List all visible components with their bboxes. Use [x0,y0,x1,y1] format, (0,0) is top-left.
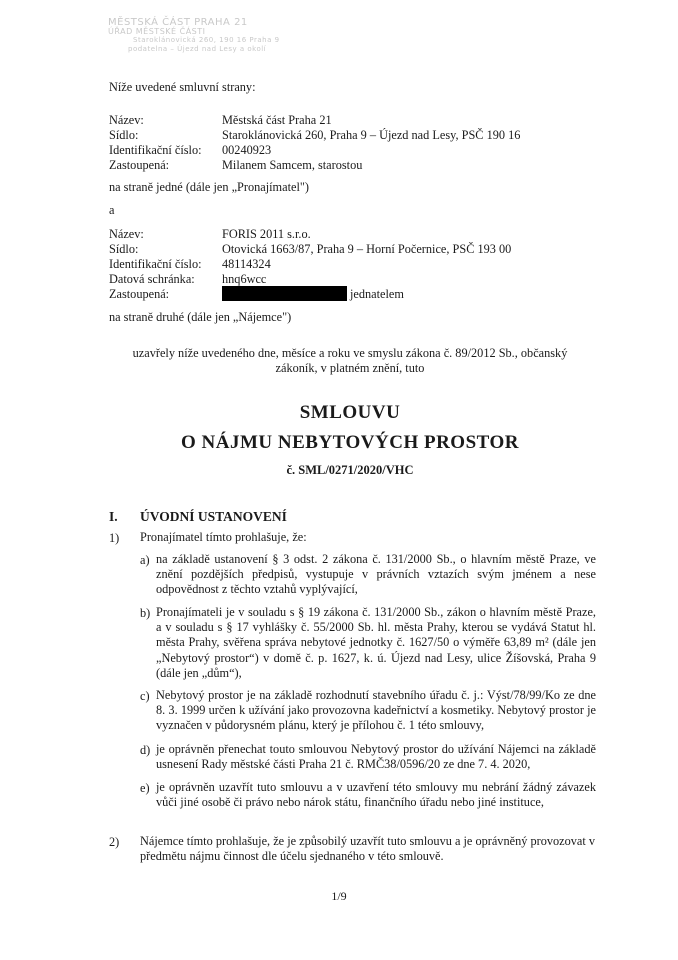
party-1-name-label: Název: [109,113,144,127]
list-item-text: Pronajímateli je v souladu s § 19 zákona… [156,605,596,681]
party-2-name: FORIS 2011 s.r.o. [222,227,311,241]
office-stamp: MĚSTSKÁ ČÁST PRAHA 21 ÚŘAD MĚSTSKÉ ČÁSTI… [28,18,198,74]
section-heading: ÚVODNÍ USTANOVENÍ [140,509,287,525]
document-title: SMLOUVU [100,402,600,424]
contract-number: č. SML/0271/2020/VHC [100,463,600,477]
stamp-line: MĚSTSKÁ ČÁST PRAHA 21 [28,18,198,27]
redaction-bar [222,286,347,301]
party-2-rep: jednatelem [350,287,404,301]
section-number: I. [109,509,118,525]
stamp-line: podatelna – Újezd nad Lesy a okolí [28,45,198,54]
party-1-seat-label: Sídlo: [109,128,138,142]
intro-text: Níže uvedené smluvní strany: [109,80,256,94]
party-1-rep: Milanem Samcem, starostou [222,158,362,172]
stamp-line: Staroklánovická 260, 190 16 Praha 9 [28,36,198,45]
list-item-letter: d) [140,743,150,758]
preamble-line-1: uzavřely níže uvedeného dne, měsíce a ro… [100,346,600,360]
party-2-rep-label: Zastoupená: [109,287,169,301]
list-item-text: je oprávněn uzavřít tuto smlouvu a v uza… [156,780,596,810]
party-1-seat: Staroklánovická 260, Praha 9 – Újezd nad… [222,128,520,142]
party-2-seat: Otovická 1663/87, Praha 9 – Horní Počern… [222,242,511,256]
list-item-text: je oprávněn přenechat touto smlouvou Neb… [156,742,596,772]
party-1-role: na straně jedné (dále jen „Pronajímatel"… [109,180,309,194]
list-item-letter: b) [140,606,150,621]
party-2-role: na straně druhé (dále jen „Nájemce") [109,310,291,324]
paragraph-number: 2) [109,835,119,850]
paragraph-text: Pronajímatel tímto prohlašuje, že: [140,530,595,545]
list-item-letter: a) [140,553,150,568]
page-number: 1/9 [0,889,678,904]
list-item-letter: c) [140,689,150,704]
paragraph-number: 1) [109,531,119,546]
preamble-line-2: zákoník, v platném znění, tuto [100,361,600,375]
document-subtitle: O NÁJMU NEBYTOVÝCH PROSTOR [100,432,600,454]
list-item-text: Nebytový prostor je na základě rozhodnut… [156,688,596,734]
party-2-databox-label: Datová schránka: [109,272,195,286]
list-item-letter: e) [140,781,150,796]
party-1-rep-label: Zastoupená: [109,158,169,172]
party-2-id: 48114324 [222,257,271,271]
party-1-id-label: Identifikační číslo: [109,143,202,157]
stamp-line: ÚŘAD MĚSTSKÉ ČÁSTI [28,27,198,36]
party-2-name-label: Název: [109,227,144,241]
list-item-text: na základě ustanovení § 3 odst. 2 zákona… [156,552,596,598]
party-2-id-label: Identifikační číslo: [109,257,202,271]
party-2-seat-label: Sídlo: [109,242,138,256]
conjunction: a [109,203,114,217]
paragraph-text: Nájemce tímto prohlašuje, že je způsobil… [140,834,595,864]
party-2-databox: hnq6wcc [222,272,266,286]
party-1-name: Městská část Praha 21 [222,113,332,127]
party-1-id: 00240923 [222,143,271,157]
